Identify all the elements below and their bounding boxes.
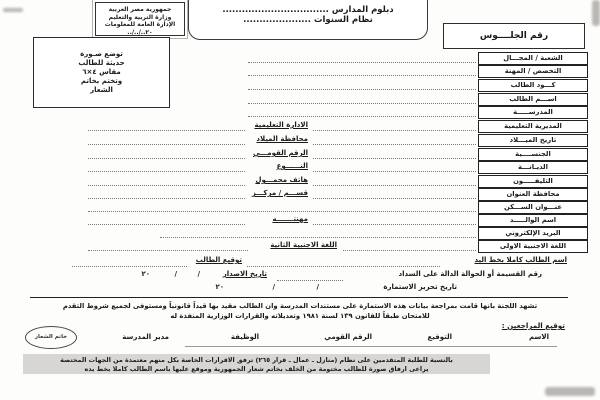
fill-line[interactable] (248, 81, 476, 90)
seal-stamp-label: خاتم الشعار (35, 334, 67, 340)
fill-line[interactable] (313, 190, 476, 199)
issue-date-label: تاريخ الاصدار (223, 270, 267, 278)
field-label-box: تاريخ الميـــلاد (478, 134, 588, 147)
field-mid-label: هاتف محمـــول (255, 176, 308, 184)
field-label-box: التخصص / المهنة (478, 65, 588, 78)
field-label-box: البريد الإلكتروني (478, 227, 588, 240)
fill-line[interactable] (72, 258, 187, 267)
field-row-religion: الديـانـــة النــــــوع (12, 161, 588, 173)
receipt-row: رقم القسيمة أو الحوالة الدالة على السداد… (12, 270, 588, 282)
fill-line[interactable] (313, 150, 476, 159)
section-divider (30, 297, 568, 298)
field-label-box: الشعبة / المجـــال (478, 52, 588, 65)
field-label-box: الديـانـــة (478, 161, 588, 174)
field-row-telephone: التليفـــــون هاتف محمـــول (12, 175, 588, 187)
scanned-form-page: جمهورية مصر العربية وزارة التربية والتعل… (0, 0, 600, 400)
fill-line[interactable] (313, 122, 476, 131)
field-mid-label: الرقم القومـــي (253, 149, 308, 157)
field-row-father-name: اسم الوالـــــد مهنتـــــــه (12, 214, 588, 226)
ministry-date-line: ٢٠../../.. (96, 29, 184, 37)
fill-line[interactable] (247, 258, 440, 267)
field-mid-label: الادارة التعليمية (254, 121, 308, 129)
fill-line[interactable] (248, 108, 476, 117)
seat-number-box[interactable]: رقم الجلــــوس (443, 23, 585, 49)
diploma-title-line: دبلوم المدارس ..........................… (189, 5, 427, 15)
date-slash: / (272, 283, 275, 291)
field-mid-label: النــــــوع (277, 162, 308, 170)
field-row-nationality: الجنســــية الرقم القومـــي (12, 148, 588, 160)
fill-line[interactable] (88, 242, 248, 251)
fill-line[interactable] (88, 136, 245, 145)
diploma-system-line: نظام السنوات ..................... (189, 15, 427, 25)
fill-line[interactable] (160, 229, 476, 238)
field-row-directorate: المديرية التعليمية الادارة التعليمية (12, 120, 588, 132)
year-prefix: ٢٠ (141, 270, 150, 278)
fill-line[interactable] (248, 54, 476, 63)
date-slash: / (197, 270, 200, 278)
field-mid-label: محافظة الميلاد (256, 135, 308, 143)
field-row-first-language: اللغة الاجنبية الاولى اللغة الاجنبية الث… (12, 240, 588, 252)
field-mid-label: اللغة الاجنبية الثانية (270, 241, 337, 249)
fill-line[interactable] (88, 203, 476, 212)
reviewers-sign-line[interactable] (185, 346, 557, 347)
year-prefix: ٢٠ (215, 283, 224, 291)
reviewers-col-national-id: الرقم القومي (324, 333, 372, 341)
fill-line[interactable] (88, 177, 245, 186)
field-row-birth-date: تاريخ الميـــلاد محافظة الميلاد (12, 134, 588, 146)
field-row-address-governorate: محافظة العنوان قســـم / مركـــز (12, 188, 588, 200)
field-row-school: المدرســـــة (12, 106, 588, 118)
form-date-label: تاريخ تحرير الاستمارة (383, 283, 457, 291)
ministry-line: جمهورية مصر العربية (96, 6, 184, 14)
fill-line[interactable] (88, 190, 245, 199)
fill-line[interactable] (313, 163, 476, 172)
notes-line: يراعى ارفاق صورة للطالب مختومة من الخلف … (23, 365, 490, 374)
fill-line[interactable] (88, 163, 245, 172)
handwritten-name-row: اسم الطالب كاملا بخط اليد توقيع الطالب (12, 256, 588, 268)
fill-line[interactable] (343, 242, 476, 251)
seat-number-label: رقم الجلــــوس (480, 31, 548, 41)
field-label-box: محافظة العنوان (478, 188, 588, 201)
scan-artifact (545, 387, 595, 396)
reviewers-col-signature: التوقيع (428, 333, 453, 341)
receipt-label: رقم القسيمة أو الحوالة الدالة على السداد (399, 270, 542, 278)
student-signature-label: توقيع الطالب (196, 256, 242, 264)
field-label-box: اسم الوالـــــد (478, 214, 588, 227)
principal-label: مدير المدرسة (122, 333, 169, 341)
ministry-header-box: جمهورية مصر العربية وزارة التربية والتعل… (95, 2, 185, 36)
notes-strip: بالنسبة للطلبة المتقدمين على نظام (منازل… (23, 354, 490, 374)
field-label-box: اللغة الاجنبية الاولى (478, 240, 588, 253)
handwritten-name-label: اسم الطالب كاملا بخط اليد (475, 256, 567, 264)
field-label-box: عنـــوان الســـكن (478, 201, 588, 214)
date-slash: / (316, 283, 319, 291)
form-date-row: تاريخ تحرير الاستمارة / / ٢٠ (12, 283, 588, 295)
field-mid-label: مهنتـــــــه (272, 215, 308, 223)
seal-stamp-area: خاتم الشعار (25, 326, 77, 349)
field-row-branch: الشعبة / المجـــال (12, 52, 588, 64)
scan-artifact (592, 0, 600, 26)
field-label-box: كـــود الطالب (478, 79, 588, 92)
fill-line[interactable] (313, 177, 476, 186)
fill-line[interactable] (88, 216, 245, 225)
field-label-box: الجنســــية (478, 148, 588, 161)
field-label-box: المديرية التعليمية (478, 120, 588, 133)
reviewers-col-job: الوظيفة (231, 333, 259, 341)
field-label-box: المدرســـــة (478, 106, 588, 119)
scan-artifact (3, 8, 23, 12)
field-row-specialty: التخصص / المهنة (12, 65, 588, 77)
field-row-student-name: اســـم الطالب (12, 93, 588, 105)
fill-line[interactable] (88, 122, 245, 131)
fill-line[interactable] (277, 272, 343, 281)
notes-line: بالنسبة للطلبة المتقدمين على نظام (منازل… (23, 356, 490, 365)
field-row-student-code: كـــود الطالب (12, 79, 588, 91)
fill-line[interactable] (248, 67, 476, 76)
reviewers-col-name: الاسم (529, 333, 549, 341)
diploma-title-box: دبلوم المدارس ..........................… (188, 0, 428, 40)
fill-line[interactable] (313, 216, 476, 225)
fill-line[interactable] (248, 95, 476, 104)
ministry-line: الإدارة العامة للمعلومات (96, 21, 184, 29)
committee-certification: تشهد اللجنة بانها قامت بمراجعة بيانات هذ… (40, 301, 560, 321)
date-slash: / (174, 270, 177, 278)
field-label-box: التليفـــــون (478, 175, 588, 188)
certification-line: للامتحان طبقاً للقانون ١٣٩ لسنة ١٩٨١ وتع… (40, 311, 560, 321)
ministry-line: وزارة التربية والتعليم (96, 14, 184, 22)
field-label-box: اســـم الطالب (478, 93, 588, 106)
fill-line[interactable] (313, 136, 476, 145)
field-row-email: البريد الإلكتروني (12, 227, 588, 239)
certification-line: تشهد اللجنة بانها قامت بمراجعة بيانات هذ… (40, 301, 560, 311)
fill-line[interactable] (88, 150, 245, 159)
field-row-home-address: عنـــوان الســـكن (12, 201, 588, 213)
field-mid-label: قســـم / مركـــز (252, 189, 308, 197)
reviewers-title: توقيع المراجعين : (502, 321, 565, 330)
